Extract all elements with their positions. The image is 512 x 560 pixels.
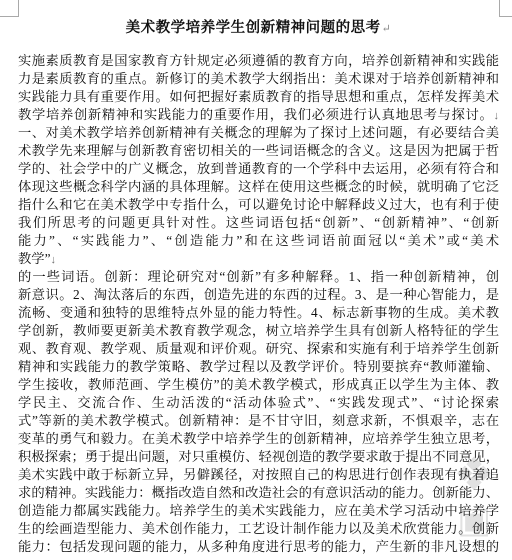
text-line: 学创新，教师要更新美术教育教学观念，树立培养学生具有创新人格特征的学生 — [18, 322, 499, 340]
text-line-content: 我们所思考的问题更具针对性。这些词语包括“创新”、“创新精神”、“创新 — [18, 215, 499, 230]
text-line-content: 指什么和它在美术教学中专指什么，可以避免讨论中解释歧义过大，也有利于使 — [18, 197, 499, 212]
text-line: 求的精神。实践能力：概指改造自然和改造社会的有意识活动的能力。创新能力、 — [18, 484, 499, 502]
paragraph-mark-icon: ↵ — [382, 23, 392, 35]
text-line: 一、对美术教学培养创新精神有关概念的理解为了探讨上述问题，有必要结合美 — [18, 124, 499, 142]
document-body: 实施素质教育是国家教育方针规定必须遵循的教育方向，培养创新精神和实践能力是素质教… — [18, 52, 499, 556]
text-line-content: 的一些词语。创新：理论研究对“创新”有多种解释。1、指一种创新精神，创 — [18, 269, 499, 284]
text-line-content: 式”等新的美术教学模式。创新精神：是不甘守旧，刻意求新，不惧艰辛，志在 — [18, 413, 499, 428]
text-line: 的一些词语。创新：理论研究对“创新”有多种解释。1、指一种创新精神，创 — [18, 268, 499, 286]
text-line-content: 学的、社会学中的广义概念，放到普通教育的一个学科中去运用，必须有符合和 — [18, 161, 499, 176]
text-line-content: 能力”、“实践能力”、“创造能力”和在这些词语前面冠以“美术”或“美术 — [18, 233, 499, 248]
text-line-content: 教学” — [18, 251, 51, 266]
text-line: 流畅、变通和独特的思维特点外显的能力特性。4、标志新事物的生成。美术教 — [18, 304, 499, 322]
line-break-mark-icon: ↓ — [494, 110, 500, 122]
document-content: 美术教学培养学生创新精神问题的思考↵ 实施素质教育是国家教育方针规定必须遵循的教… — [18, 16, 499, 556]
text-line: 积极探索；勇于提出问题，对只重模仿、轻视创造的教学要求敢于提出不同意见， — [18, 448, 499, 466]
text-line: 体现这些概念科学内涵的具体理解。这样在使用这些概念的时候，就明确了它泛 — [18, 178, 499, 196]
text-line: 教学培养创新精神和实践能力的重要作用，我们必须进行认真地思考与探讨。↓ — [18, 106, 499, 124]
document-title: 美术教学培养学生创新精神问题的思考↵ — [18, 16, 499, 41]
text-line-content: 实施素质教育是国家教育方针规定必须遵循的教育方向，培养创新精神和实践能 — [18, 53, 499, 68]
text-line: 能力”、“实践能力”、“创造能力”和在这些词语前面冠以“美术”或“美术 — [18, 232, 499, 250]
text-line-content: 美术实践中敢于标新立异，另僻蹊径，对按照自己的构思进行创作表现有执着追 — [18, 467, 499, 482]
text-line: 创造能力都属实践能力。培养学生的美术实践能力，应在美术学习活动中培养学 — [18, 502, 499, 520]
text-line-content: 新意识。2、淘汰落后的东西，创造先进的东西的过程。3、是一种心智能力，是 — [18, 287, 499, 302]
text-line-content: 一、对美术教学培养创新精神有关概念的理解为了探讨上述问题，有必要结合美 — [18, 125, 499, 140]
text-line: 指什么和它在美术教学中专指什么，可以避免讨论中解释歧义过大，也有利于使 — [18, 196, 499, 214]
text-line: 生的绘画造型能力、美术创作能力，工艺设计制作能力以及美术欣赏能力。创新 — [18, 520, 499, 538]
text-line-content: 变革的勇气和毅力。在美术教学中培养学生的创新精神，应培养学生独立思考， — [18, 431, 499, 446]
text-line-content: 生的绘画造型能力、美术创作能力，工艺设计制作能力以及美术欣赏能力。创新 — [18, 521, 499, 536]
document-title-text: 美术教学培养学生创新精神问题的思考 — [126, 20, 381, 36]
document-page: ❖ ▣ 美术教学培养学生创新精神问题的思考↵ 实施素质教育是国家教育方针规定必须… — [0, 0, 512, 560]
text-line: 新意识。2、淘汰落后的东西，创造先进的东西的过程。3、是一种心智能力，是 — [18, 286, 499, 304]
text-line-content: 能力：包括发现问题的能力，从多种角度进行思考的能力，产生新的非凡设想的 — [18, 539, 499, 554]
text-line: 力是素质教育的重点。新修订的美术教学大纲指出：美术课对于培养创新精神和 — [18, 70, 499, 88]
text-line: 教学”↓ — [18, 250, 499, 268]
text-line-content: 观、教育观、教学观、质量观和评价观。研究、探索和实施有利于培养学生创新 — [18, 341, 499, 356]
text-line: 式”等新的美术教学模式。创新精神：是不甘守旧，刻意求新，不惧艰辛，志在 — [18, 412, 499, 430]
text-line: 能力：包括发现问题的能力，从多种角度进行思考的能力，产生新的非凡设想的 — [18, 538, 499, 556]
text-line: 实践能力具有重要作用。如何把握好素质教育的指导思想和重点，怎样发挥美术 — [18, 88, 499, 106]
text-line-content: 学民主、交流合作、生动活泼的“活动体验式”、“实践发现式”、“讨论探索 — [18, 395, 499, 410]
text-line: 术教学先来理解与创新教育密切相关的一些词语概念的含义。这是因为把属于哲 — [18, 142, 499, 160]
crop-mark-top-left-icon — [0, 0, 19, 17]
text-line-content: 学创新，教师要更新美术教育教学观念，树立培养学生具有创新人格特征的学生 — [18, 323, 499, 338]
text-line: 变革的勇气和毅力。在美术教学中培养学生的创新精神，应培养学生独立思考， — [18, 430, 499, 448]
text-line: 学民主、交流合作、生动活泼的“活动体验式”、“实践发现式”、“讨论探索 — [18, 394, 499, 412]
text-line-content: 力是素质教育的重点。新修订的美术教学大纲指出：美术课对于培养创新精神和 — [18, 71, 499, 86]
text-line-content: 教学培养创新精神和实践能力的重要作用，我们必须进行认真地思考与探讨。 — [18, 107, 494, 122]
text-line: 实施素质教育是国家教育方针规定必须遵循的教育方向，培养创新精神和实践能 — [18, 52, 499, 70]
text-line-content: 学生接收，教师范画、学生模仿”的美术教学模式，形成真正以学生为主体、教 — [18, 377, 499, 392]
crop-mark-top-right-icon — [499, 0, 512, 17]
line-break-mark-icon: ↓ — [51, 254, 57, 266]
text-line: 观、教育观、教学观、质量观和评价观。研究、探索和实施有利于培养学生创新 — [18, 340, 499, 358]
text-line-content: 精神和实践能力的教学策略、教学过程以及教学评价。特别要摈弃“教师灌输、 — [18, 359, 499, 374]
text-line-content: 积极探索；勇于提出问题，对只重模仿、轻视创造的教学要求敢于提出不同意见， — [18, 449, 499, 464]
text-line: 我们所思考的问题更具针对性。这些词语包括“创新”、“创新精神”、“创新 — [18, 214, 499, 232]
text-line: 美术实践中敢于标新立异，另僻蹊径，对按照自己的构思进行创作表现有执着追 — [18, 466, 499, 484]
text-line: 学的、社会学中的广义概念，放到普通教育的一个学科中去运用，必须有符合和 — [18, 160, 499, 178]
text-line-content: 实践能力具有重要作用。如何把握好素质教育的指导思想和重点，怎样发挥美术 — [18, 89, 499, 104]
text-line-content: 求的精神。实践能力：概指改造自然和改造社会的有意识活动的能力。创新能力、 — [18, 485, 499, 500]
text-line-content: 创造能力都属实践能力。培养学生的美术实践能力，应在美术学习活动中培养学 — [18, 503, 499, 518]
text-line-content: 流畅、变通和独特的思维特点外显的能力特性。4、标志新事物的生成。美术教 — [18, 305, 499, 320]
text-line: 精神和实践能力的教学策略、教学过程以及教学评价。特别要摈弃“教师灌输、 — [18, 358, 499, 376]
text-line-content: 体现这些概念科学内涵的具体理解。这样在使用这些概念的时候，就明确了它泛 — [18, 179, 499, 194]
text-line-content: 术教学先来理解与创新教育密切相关的一些词语概念的含义。这是因为把属于哲 — [18, 143, 499, 158]
text-line: 学生接收，教师范画、学生模仿”的美术教学模式，形成真正以学生为主体、教 — [18, 376, 499, 394]
